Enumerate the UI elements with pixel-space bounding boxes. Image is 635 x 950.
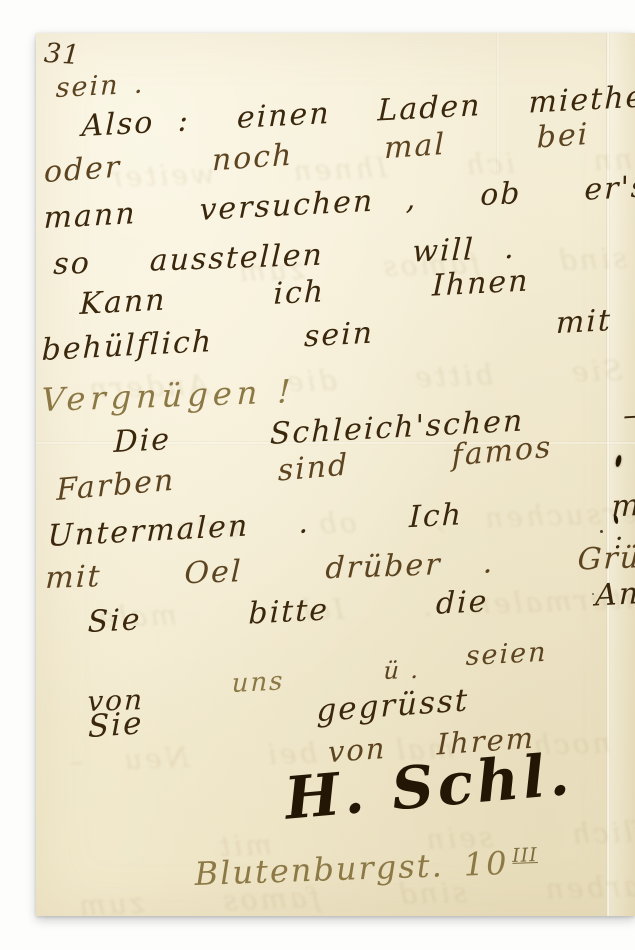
address-line: Blutenburgst. 10III xyxy=(194,843,539,893)
address-street: Blutenburgst. 10 xyxy=(194,844,509,893)
signature: H. Schl. xyxy=(282,740,576,833)
letter-line: sein . xyxy=(55,68,144,104)
address-floor: III xyxy=(512,844,538,867)
letter-line: uns xyxy=(231,666,284,699)
fold-crease-vertical xyxy=(606,33,610,916)
letter-line: ü . xyxy=(383,656,421,685)
folio-number: 31 xyxy=(43,38,81,71)
letter-line: Vergnügen ! xyxy=(41,372,296,419)
letter-line: seien xyxy=(465,637,547,672)
ink-blot xyxy=(592,593,594,595)
fold-strip xyxy=(608,33,635,916)
letter-page: Kann ich Ihnen weiter Farben sind famos … xyxy=(36,33,635,916)
scan-background: Kann ich Ihnen weiter Farben sind famos … xyxy=(0,0,635,950)
ink-blot xyxy=(600,530,603,533)
